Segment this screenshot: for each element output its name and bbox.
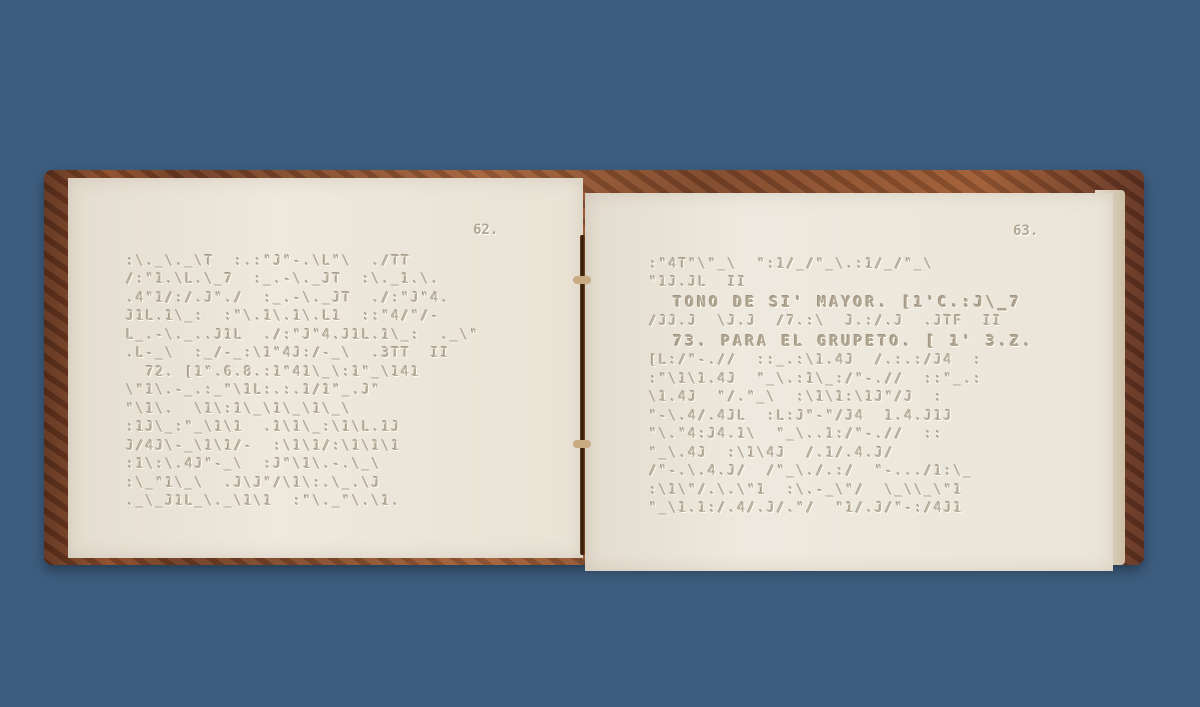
- braille-line: "1J.JL II: [649, 275, 747, 290]
- binding-stitch: [573, 276, 591, 284]
- braille-line: \1.4J "/."_\ :\1\1:\1J"/J :: [649, 390, 944, 405]
- braille-line: L_.-\._..J1L ./:"J"4.J1L.1\_: ._\": [126, 328, 480, 343]
- braille-line: :\._\._\T :.:"J"-.\L"\ ./TT: [126, 254, 411, 269]
- braille-line: "_\.4J :\1\4J /.1/.4.J/: [649, 446, 895, 461]
- braille-line: ._\_J1L_\._\1\1 :"\._"\.\1.: [126, 494, 401, 509]
- section-heading-grupeto: 73. PARA EL GRUPETO. [ 1' 3.Z.: [649, 332, 1034, 350]
- braille-line: /JJ.J \J.J /7.:\ J.:/.J .JTF II: [649, 314, 1003, 329]
- braille-line: .4"1/:/.J"./ :_.-\._JT ./:"J"4.: [126, 291, 450, 306]
- braille-line: /"-.\.4.J/ /"_\./.:/ "-.../1:\_: [649, 464, 973, 479]
- braille-line: "\."4:J4.1\ "_\..1:/"-.// ::: [649, 427, 944, 442]
- braille-line: "-\.4/.4JL :L:J"-"/J4 1.4.J1J: [649, 409, 954, 424]
- braille-line: "\1\. \1\:1\_\1\_\1\_\: [126, 402, 352, 417]
- braille-line: .L-_\ :_/-_:\1"4J:/-_\ .3TT II: [126, 346, 450, 361]
- left-braille-text: :\._\._\T :.:"J"-.\L"\ ./TT /:"1.\L.\_7 …: [126, 234, 480, 530]
- braille-line: :"4T"\"_\ ":1/_/"_\.:1/_/"_\: [649, 257, 934, 272]
- braille-line: J1L.1\_: :"\.1\.1\.L1 ::"4/"/-: [126, 309, 440, 324]
- braille-line: J/4J\-_\1\1/- :\1\1/:\1\1\1: [126, 439, 401, 454]
- braille-line: \"1\.-_.:_"\1L:.:.1/1"_.J": [126, 383, 382, 398]
- braille-line: :\_"1\_\ .J\J"/\1\:.\_.\J: [126, 476, 382, 491]
- braille-line: 72. [1".6.8.:1"41\_\:1"_\141: [126, 365, 421, 380]
- braille-line: /:"1.\L.\_7 :_.-\._JT :\._1.\.: [126, 272, 440, 287]
- binding-stitch: [573, 440, 591, 448]
- braille-line: "_\1.1:/.4/.J/."/ "1/.J/"-:/4J1: [649, 501, 963, 516]
- braille-line: :"\1\1.4J "_\.:1\_:/"-.// ::"_.:: [649, 372, 983, 387]
- braille-line: :\1\"/.\.\"1 :\.-_\"/ \_\\_\"1: [649, 483, 963, 498]
- right-braille-text: :"4T"\"_\ ":1/_/"_\.:1/_/"_\ "1J.JL II T…: [649, 237, 1034, 537]
- right-page: 63. :"4T"\"_\ ":1/_/"_\.:1/_/"_\ "1J.JL …: [585, 193, 1113, 571]
- braille-line: [L:/"-.// ::_.:\1.4J /.:.:/J4 :: [649, 353, 983, 368]
- braille-line: :1J\_:"_\1\1 .1\1\_:\1\L.1J: [126, 420, 401, 435]
- braille-line: :1\:\.4J"-_\ :J"\1\.-.\_\: [126, 457, 382, 472]
- section-heading-tono: TONO DE SI' MAYOR. [1'C.:J\_7: [649, 293, 1022, 311]
- left-page: 62. :\._\._\T :.:"J"-.\L"\ ./TT /:"1.\L.…: [68, 178, 583, 558]
